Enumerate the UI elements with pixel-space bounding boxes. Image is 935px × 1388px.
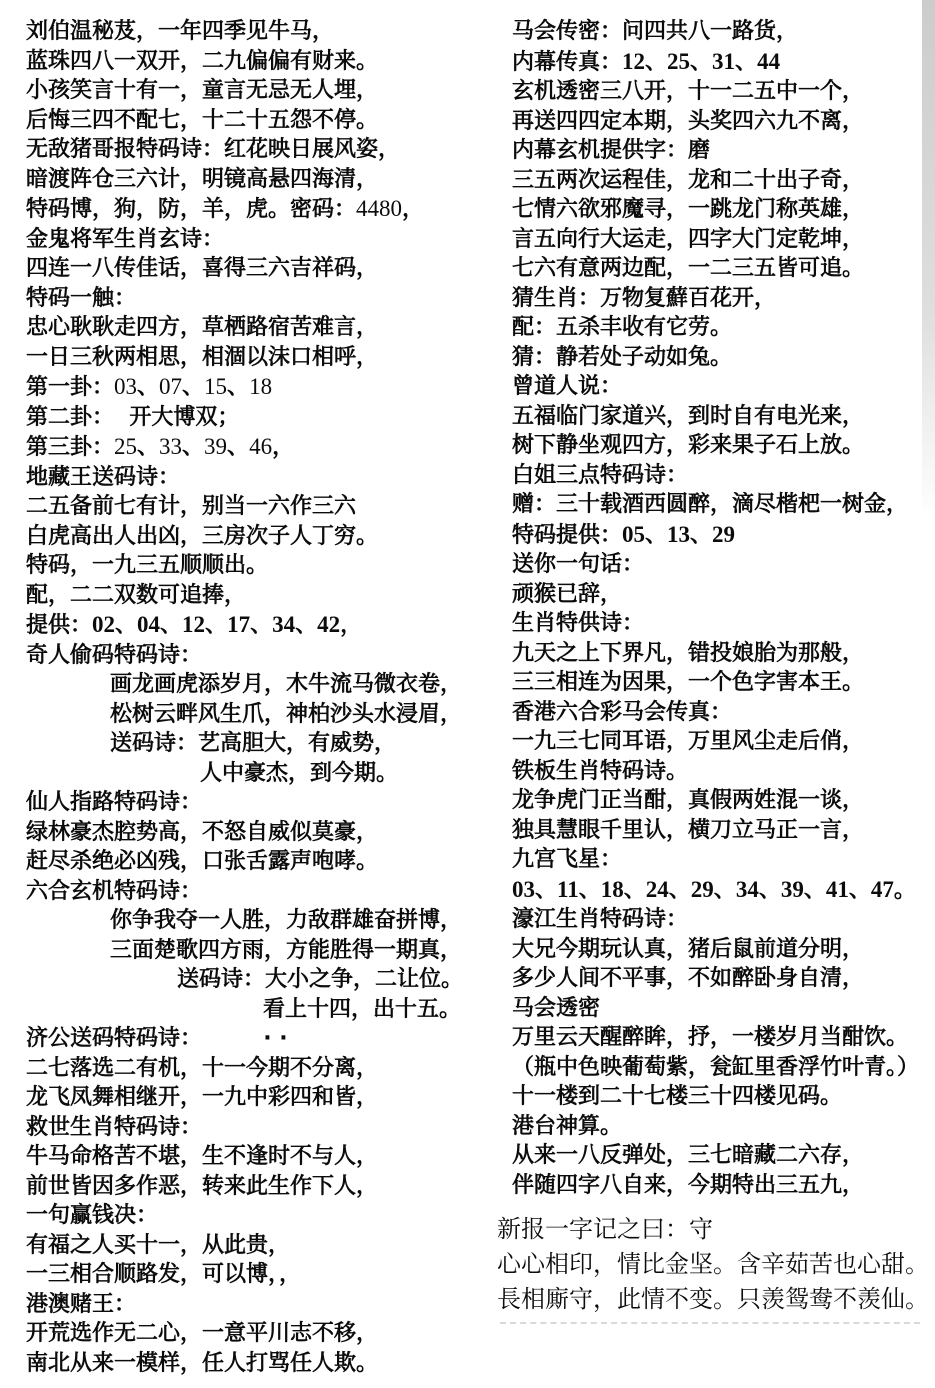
text-line: 内幕玄机提供字：磨 — [512, 136, 935, 166]
text-line: 小孩笑言十有一，童言无忌无人埋， — [26, 76, 510, 106]
text-line: 看上十四，出十五。 — [26, 995, 510, 1025]
text-line: 港澳赌王： — [26, 1290, 510, 1320]
text-line: 七六有意两边配，一二三五皆可追。 — [512, 254, 935, 284]
number-value: 03 — [512, 877, 535, 902]
number-value: 31 — [712, 49, 735, 74]
text-line: 马会透密 — [512, 994, 935, 1024]
text-line: 人中豪杰，到今期。 — [26, 759, 510, 789]
text-line: 言五向行大运走，四字大门定乾坤， — [512, 225, 935, 255]
text-line: 白姐三点特码诗： — [512, 461, 935, 491]
text-line: 六合玄机特码诗： — [26, 877, 510, 907]
text-line: 开荒选作无二心，一意平川志不移， — [26, 1319, 510, 1349]
text-line: 牛马命格苦不堪，生不逢时不与人， — [26, 1142, 510, 1172]
text-line: 香港六合彩马会传真： — [512, 698, 935, 728]
text-line: 松树云畔风生爪，神柏沙头水浸眉， — [26, 700, 510, 730]
text-line: 五福临门家道兴，到时自有电光来， — [512, 402, 935, 432]
number-value: 46 — [249, 434, 272, 459]
number-value: 03 — [114, 374, 137, 399]
text-line: 十一楼到二十七楼三十四楼见码。 — [512, 1082, 935, 1112]
number-value: 34 — [736, 877, 759, 902]
number-value: 41 — [826, 877, 849, 902]
text-line: 二五备前七有计，别当一六作三六 — [26, 492, 510, 522]
text-line: 救世生肖特码诗： — [26, 1113, 510, 1143]
number-value: 07 — [159, 374, 182, 399]
number-value: 29 — [712, 522, 735, 547]
text-line: 画龙画虎添岁月，木牛流马微衣卷， — [26, 670, 510, 700]
text-line: 蓝珠四八一双开，二九偏偏有财来。 — [26, 47, 510, 77]
text-line: 三三相连为因果，一个色字害本王。 — [512, 668, 935, 698]
text-line: 四连一八传佳话，喜得三六吉祥码， — [26, 254, 510, 284]
text-line: 特码一触： — [26, 284, 510, 314]
text-line: 猜：静若处子动如兔。 — [512, 343, 935, 373]
text-line: 龙争虎门正当酣，真假两姓混一谈， — [512, 786, 935, 816]
number-value: 39 — [204, 434, 227, 459]
number-value: 33 — [159, 434, 182, 459]
text-line: 有福之人买十一，从此贵， — [26, 1231, 510, 1261]
number-value: 44 — [757, 49, 780, 74]
text-line: 金鬼将军生肖玄诗： — [26, 225, 510, 255]
text-line: 大兄今期玩认真，猪后鼠前道分明， — [512, 935, 935, 965]
number-value: 25 — [114, 434, 137, 459]
number-value: 17 — [227, 612, 250, 637]
document-page: 刘伯温秘芨，一年四季见牛马，蓝珠四八一双开，二九偏偏有财来。小孩笑言十有一，童言… — [0, 0, 935, 1388]
text-line: 树下静坐观四方，彩来果子石上放。 — [512, 431, 935, 461]
text-line: 特码提供：05、13、29 — [512, 520, 935, 551]
number-value: 04 — [137, 612, 160, 637]
text-line: 長相廝守，此情不变。只羡鸳鸯不羡仙。 — [497, 1282, 935, 1317]
text-line: 送你一句话： — [512, 550, 935, 580]
number-value: 47 — [871, 877, 894, 902]
text-line: 玄机透密三八开，十一二五中一个， — [512, 77, 935, 107]
number-value: 13 — [667, 522, 690, 547]
text-line: 忠心耿耿走四方，草栖路宿苦难言， — [26, 313, 510, 343]
text-line: 第二卦： 开大博双； — [26, 403, 510, 433]
text-line: 提供：02、04、12、17、34、42， — [26, 610, 510, 641]
number-value: 15 — [204, 374, 227, 399]
text-line: 濠江生肖特码诗： — [512, 905, 935, 935]
text-line: 一日三秋两相思，相涸以沫口相呼， — [26, 343, 510, 373]
text-line: 你争我夺一人胜，力敌群雄奋拼博， — [26, 906, 510, 936]
text-line: 后悔三四不配七，十二十五怨不停。 — [26, 106, 510, 136]
number-value: 24 — [646, 877, 669, 902]
text-line: 济公送码特码诗： · · — [26, 1024, 510, 1054]
text-line: 三面楚歌四方雨，方能胜得一期真， — [26, 936, 510, 966]
text-line: 从来一八反弹处，三七暗藏二六存， — [512, 1141, 935, 1171]
text-line: 无敌猪哥报特码诗：红花映日展风姿， — [26, 135, 510, 165]
text-line: 再送四四定本期，头奖四六九不离， — [512, 107, 935, 137]
text-line: 马会传密：问四共八一路货， — [512, 17, 935, 47]
text-line: 03、11、18、24、29、34、39、41、47。 — [512, 875, 935, 906]
number-value: 11 — [557, 877, 579, 902]
text-line: 万里云天醒醉眸，抒，一楼岁月当酣饮。 — [512, 1023, 935, 1053]
text-line: 铁板生肖特码诗。 — [512, 757, 935, 787]
text-line: 生肖特供诗： — [512, 609, 935, 639]
text-line: 九天之上下界凡，错投娘胎为那般， — [512, 639, 935, 669]
number-value: 12 — [182, 612, 205, 637]
text-line: 龙飞凤舞相继开，一九中彩四和皆， — [26, 1083, 510, 1113]
text-line: 独具慧眼千里认，横刀立马正一言， — [512, 816, 935, 846]
text-line: 第三卦：25、33、39、46， — [26, 432, 510, 463]
text-line: 南北从来一模样，任人打骂任人欺。 — [26, 1349, 510, 1379]
text-line: 地藏王送码诗： — [26, 463, 510, 493]
text-line: 心心相印，情比金坚。含辛茹苦也心甜。 — [497, 1247, 935, 1282]
text-line: 一三相合顺路发，可以博，， — [26, 1260, 510, 1290]
scan-edge-shadow — [922, 0, 935, 520]
text-line: 白虎高出人出凶，三房次子人丁穷。 — [26, 522, 510, 552]
number-value: 18 — [601, 877, 624, 902]
text-line: 配：五杀丰收有它劳。 — [512, 313, 935, 343]
text-line: 猜生肖：万物复蘚百花开， — [512, 284, 935, 314]
number-value: 42 — [317, 612, 340, 637]
faint-divider — [500, 1322, 920, 1324]
number-value: 05 — [622, 522, 645, 547]
text-line: 赠：三十载酒西圆醉，滴尽楷杷一树金， — [512, 490, 935, 520]
number-value: 4480 — [356, 196, 402, 221]
text-line: 顽猴已辞， — [512, 580, 935, 610]
right-column: 马会传密：问四共八一路货，内幕传真：12、25、31、44玄机透密三八开，十一二… — [512, 17, 935, 1317]
number-value: 39 — [781, 877, 804, 902]
text-line: 多少人间不平事，不如醉卧身自清， — [512, 964, 935, 994]
text-line: 一句赢钱决： — [26, 1201, 510, 1231]
text-line: （瓶中色映葡萄紫，瓮缸里香浮竹叶青。） — [512, 1053, 935, 1083]
text-line: 三五两次运程佳，龙和二十出子奇， — [512, 166, 935, 196]
text-line: 送码诗：大小之争，二让位。 — [26, 965, 510, 995]
text-line: 赶尽杀绝必凶残，口张舌露声咆哮。 — [26, 847, 510, 877]
text-line: 配，二二双数可追捧， — [26, 581, 510, 611]
text-line: 九宫飞星： — [512, 845, 935, 875]
number-value: 18 — [249, 374, 272, 399]
text-line: 特码，一九三五顺顺出。 — [26, 551, 510, 581]
left-column: 刘伯温秘芨，一年四季见牛马，蓝珠四八一双开，二九偏偏有财来。小孩笑言十有一，童言… — [26, 17, 510, 1378]
text-line: 送码诗：艺高胆大，有威势， — [26, 729, 510, 759]
text-line: 特码博，狗，防，羊，虎。密码：4480， — [26, 194, 510, 225]
text-line: 七情六欲邪魔寻，一跳龙门称英雄， — [512, 195, 935, 225]
text-line: 奇人偷码特码诗： — [26, 641, 510, 671]
text-line: 内幕传真：12、25、31、44 — [512, 47, 935, 78]
text-line: 前世皆因多作恶，转来此生作下人， — [26, 1172, 510, 1202]
text-line: 刘伯温秘芨，一年四季见牛马， — [26, 17, 510, 47]
text-line: 一九三七同耳语，万里风尘走后俏， — [512, 727, 935, 757]
number-value: 12 — [622, 49, 645, 74]
text-line: 暗渡阵仓三六计，明镜高悬四海清， — [26, 165, 510, 195]
text-line: 仙人指路特码诗： — [26, 788, 510, 818]
number-value: 02 — [92, 612, 115, 637]
text-line: 第一卦：03、07、15、18 — [26, 372, 510, 403]
text-line: 曾道人说： — [512, 372, 935, 402]
text-line: 绿林豪杰腔势高，不怒自威似莫豪， — [26, 818, 510, 848]
number-value: 29 — [691, 877, 714, 902]
number-value: 34 — [272, 612, 295, 637]
number-value: 25 — [667, 49, 690, 74]
text-line: 二七落选二有机，十一今期不分离， — [26, 1054, 510, 1084]
text-line: 港台神算。 — [512, 1112, 935, 1142]
text-line: 新报一字记之曰：守 — [497, 1212, 935, 1247]
text-line: 伴随四字八自来，今期特出三五九， — [512, 1171, 935, 1201]
